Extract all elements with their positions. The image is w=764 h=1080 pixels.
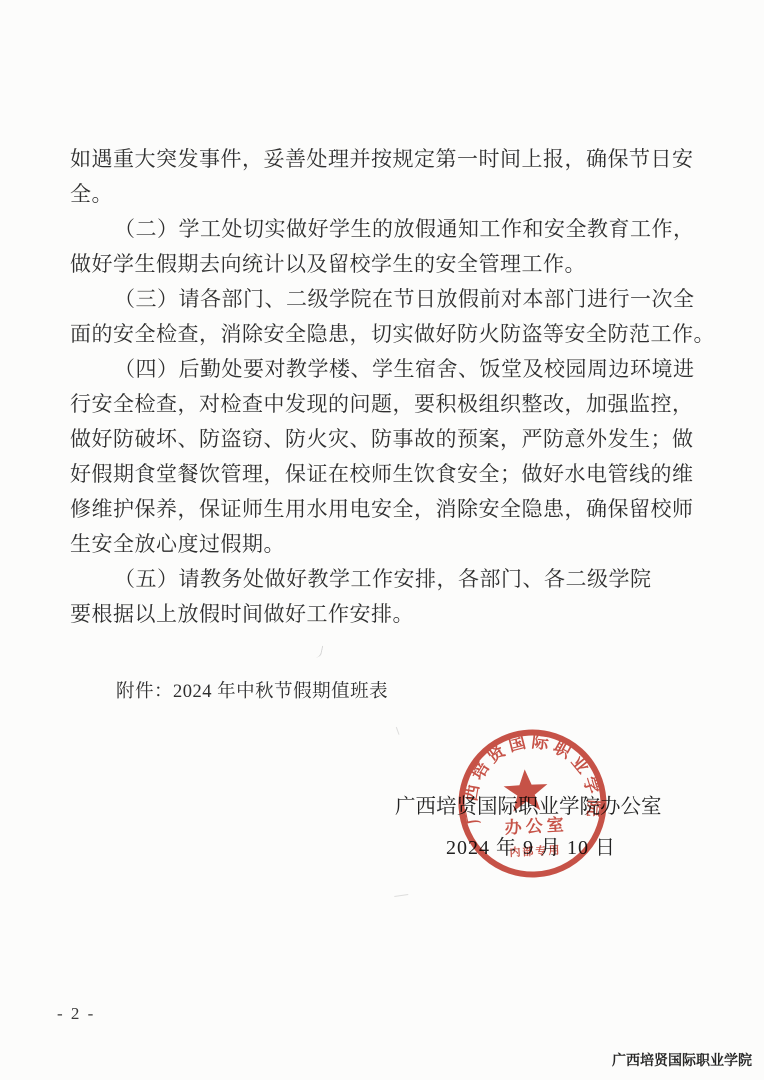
doc-line: 面的安全检查，消除安全隐患，切实做好防火防盗等安全防范工作。 (70, 317, 710, 352)
doc-line: （四）后勤处要对教学楼、学生宿舍、饭堂及校园周边环境进 (70, 352, 710, 387)
notice-body: 如遇重大突发事件，妥善处理并按规定第一时间上报，确保节日安 全。 （二）学工处切… (70, 142, 710, 632)
official-seal-stamp: 广西培贤国际职业学院 办公室 内部专用 (443, 714, 624, 895)
seal-inner-text: 内部专用 (509, 843, 562, 860)
doc-line: 要根据以上放假时间做好工作安排。 (70, 597, 710, 632)
scan-artifact (394, 890, 409, 897)
seal-star-icon (503, 768, 549, 812)
doc-line: 好假期食堂餐饮管理，保证在校师生饮食安全；做好水电管线的维 (70, 457, 710, 492)
attachment-line: 附件：2024 年中秋节假期值班表 (116, 677, 388, 703)
scan-artifact (396, 725, 404, 735)
doc-line: 做好防破坏、防盗窃、防火灾、防事故的预案，严防意外发生；做 (70, 422, 710, 457)
seal-office-text: 办公室 (504, 814, 568, 837)
doc-line: 行安全检查，对检查中发现的问题，要积极组织整改，加强监控， (70, 387, 710, 422)
doc-line: 做好学生假期去向统计以及留校学生的安全管理工作。 (70, 247, 710, 282)
doc-line: 如遇重大突发事件，妥善处理并按规定第一时间上报，确保节日安 (70, 142, 710, 177)
doc-line: （三）请各部门、二级学院在节日放假前对本部门进行一次全 (70, 282, 710, 317)
doc-line: （二）学工处切实做好学生的放假通知工作和安全教育工作， (70, 212, 710, 247)
site-watermark: 广西培贤国际职业学院 (612, 1050, 752, 1070)
page-number: - 2 - (57, 1004, 95, 1024)
doc-line: （五）请教务处做好教学工作安排，各部门、各二级学院 (70, 562, 710, 597)
scan-artifact (314, 644, 324, 658)
doc-line: 修维护保养，保证师生用水用电安全，消除安全隐患，确保留校师 (70, 492, 710, 527)
doc-line: 全。 (70, 177, 710, 212)
doc-line: 生安全放心度过假期。 (70, 527, 710, 562)
scanned-notice-page: 如遇重大突发事件，妥善处理并按规定第一时间上报，确保节日安 全。 （二）学工处切… (0, 0, 764, 1080)
seal-arc-text: 广西培贤国际职业学院 (456, 728, 605, 826)
